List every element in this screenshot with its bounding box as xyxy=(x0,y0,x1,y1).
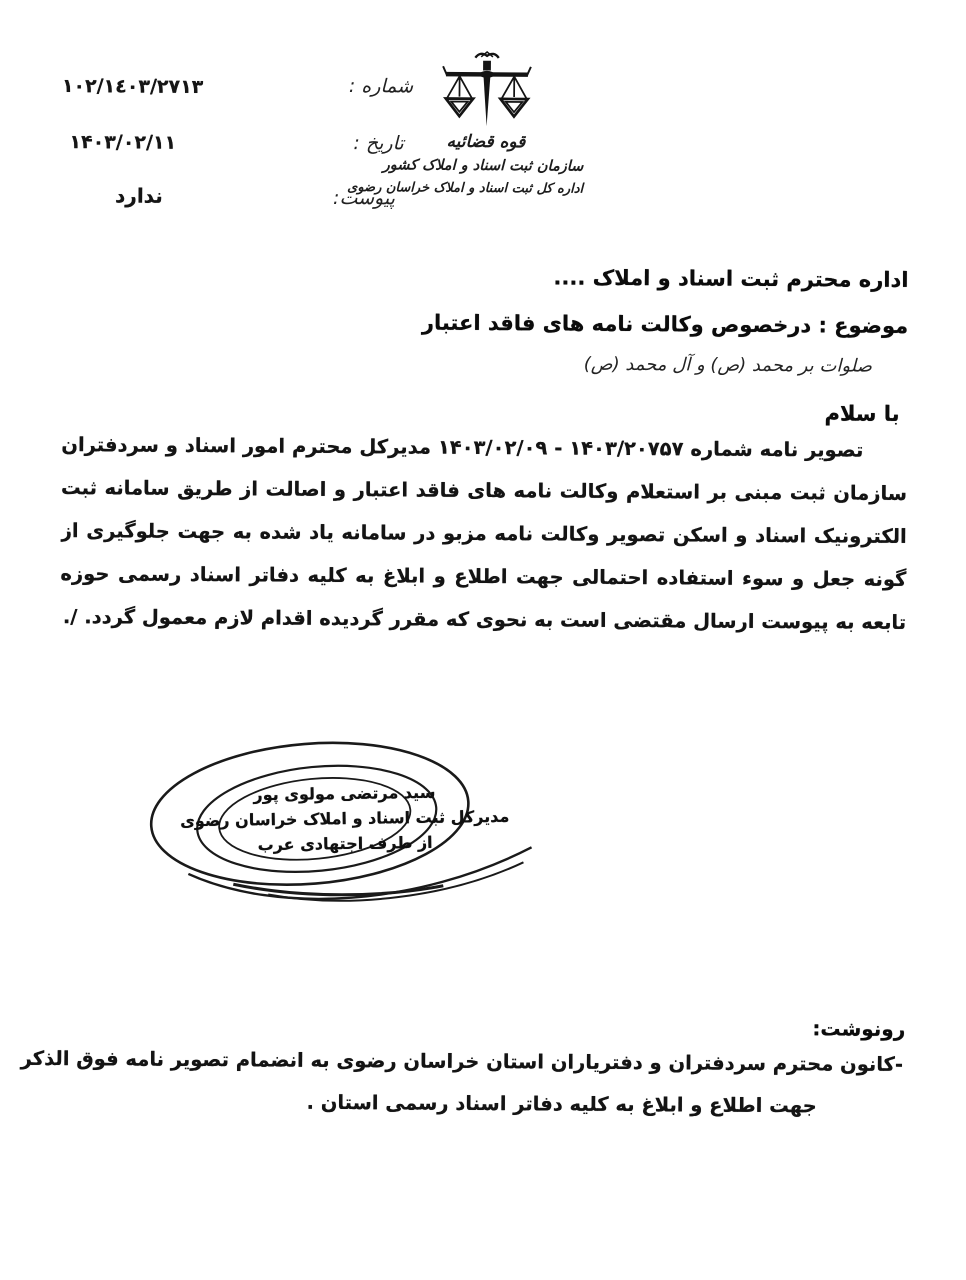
greeting-line: با سلام xyxy=(824,401,899,426)
org-name-provincial-office: اداره کل ثبت اسناد و املاک خراسان رضوی xyxy=(388,180,583,196)
scales-of-justice-icon xyxy=(436,50,537,131)
letterhead-org-block: قوه قضائیه سازمان ثبت اسناد و املاک کشور… xyxy=(388,49,584,196)
org-name-judiciary: قوه قضائیه xyxy=(388,131,583,152)
letter-number-value: ۱۰۲/۱٤۰۳/۲۷۱۳ xyxy=(62,75,204,98)
letter-sheet: ۱۰۲/۱٤۰۳/۲۷۱۳ ۱۴۰۳/۰۲/۱۱ ندارد شماره : ت… xyxy=(0,0,966,1280)
signature-stamp: سید مرتضی مولوی پور مدیرکل ثبت اسناد و ا… xyxy=(148,728,549,926)
attachment-value: ندارد xyxy=(115,183,163,207)
recipient-line: اداره محترم ثبت اسناد و املاک .... xyxy=(553,265,908,291)
salawat-line: صلوات بر محمد (ص) و آل محمد (ص) xyxy=(584,354,872,377)
stamp-on-behalf: از طرف اجتهادی عرب xyxy=(167,829,523,859)
body-line: گونه جعل و سوء استفاده احتمالی جهت اطلاع… xyxy=(60,552,906,601)
body-paragraph: تصویر نامه شماره ۱۴۰۳/۲۰۷۵۷ - ۱۴۰۳/۰۲/۰۹… xyxy=(60,423,907,644)
body-line: تابعه به پیوست ارسال مقتضی است به نحوی ک… xyxy=(60,595,906,644)
subject-line: موضوع : درخصوص وکالت نامه های فاقد اعتبا… xyxy=(422,311,908,338)
org-name-registration-organization: سازمان ثبت اسناد و املاک کشور xyxy=(388,157,583,174)
copy-line: -کانون محترم سردفتران و دفتریاران استان … xyxy=(57,1047,903,1076)
stamp-text-block: سید مرتضی مولوی پور مدیرکل ثبت اسناد و ا… xyxy=(166,779,523,859)
scanned-letter-page: ۱۰۲/۱٤۰۳/۲۷۱۳ ۱۴۰۳/۰۲/۱۱ ندارد شماره : ت… xyxy=(0,0,966,1280)
body-line: سازمان ثبت مبنی بر استعلام وکالت نامه ها… xyxy=(61,466,907,515)
stamp-signer-title: مدیرکل ثبت اسناد و املاک خراسان رضوی xyxy=(167,804,523,834)
body-line: تصویر نامه شماره ۱۴۰۳/۲۰۷۵۷ - ۱۴۰۳/۰۲/۰۹… xyxy=(61,423,907,472)
copy-line: جهت اطلاع و ابلاغ به کلیه دفاتر اسناد رس… xyxy=(306,1091,816,1118)
body-line: الکترونیک اسناد و اسکن تصویر وکالت نامه … xyxy=(61,509,907,558)
copy-section-label: رونوشت: xyxy=(812,1016,905,1041)
letter-date-value: ۱۴۰۳/۰۲/۱۱ xyxy=(69,131,176,154)
